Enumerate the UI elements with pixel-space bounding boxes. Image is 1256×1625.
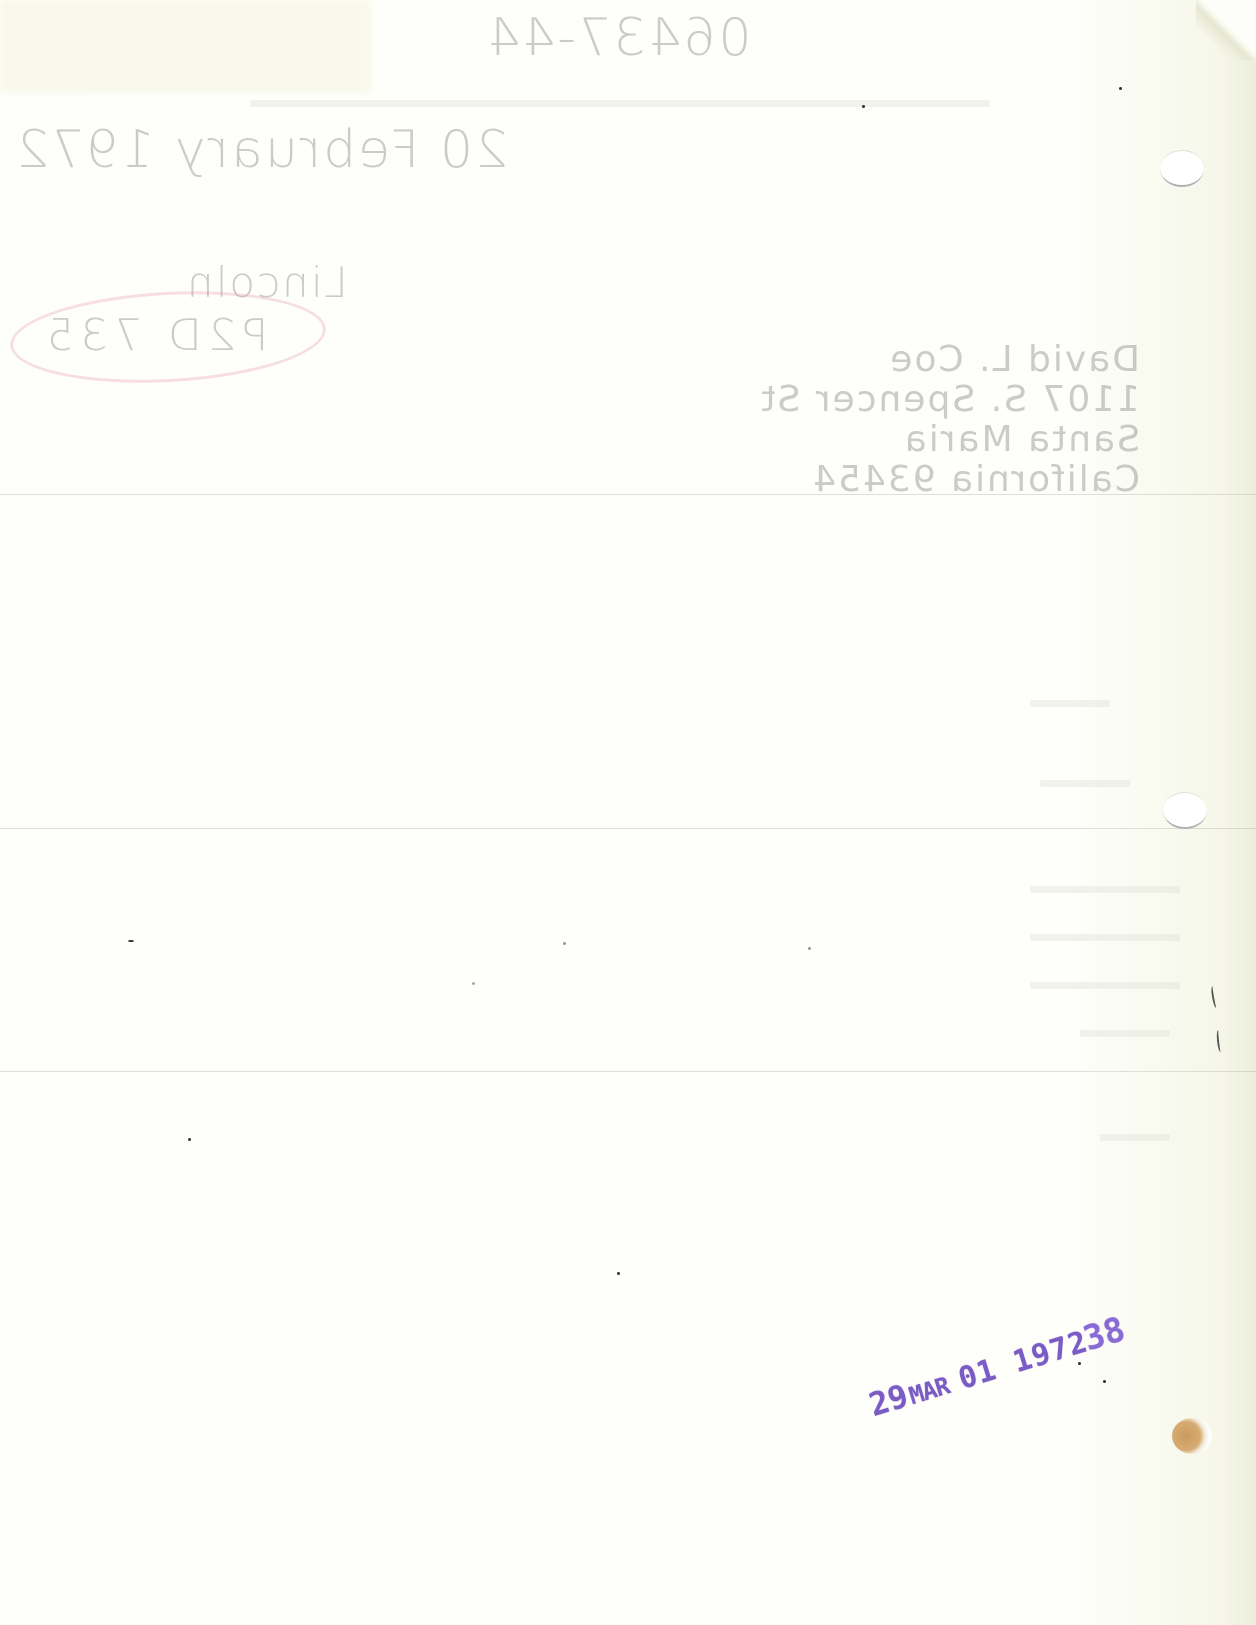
speck <box>188 1138 191 1141</box>
address-line: Santa Maria <box>690 420 1140 460</box>
speck <box>1119 87 1122 90</box>
rusted-punch-hole <box>1172 1418 1212 1454</box>
staple-mark <box>1210 986 1219 1009</box>
speck <box>472 982 475 985</box>
address-showthrough: David L. Coe 1107 S. Spencer St Santa Ma… <box>690 340 1140 500</box>
ghost-form-row <box>1030 700 1110 707</box>
staple-mark <box>1216 1030 1223 1052</box>
fold-line <box>0 1071 1256 1072</box>
speck <box>617 1272 620 1275</box>
ghost-form-row <box>1030 982 1180 989</box>
fold-line <box>0 828 1256 829</box>
circled-code-showthrough: P2D 735 <box>40 310 268 361</box>
speck <box>128 940 134 942</box>
ghost-form-row <box>1030 886 1180 893</box>
address-line: California 93454 <box>690 460 1140 500</box>
stamp-month: MAR <box>906 1372 953 1411</box>
stamp-year: 01 1972 <box>954 1324 1092 1396</box>
address-line: 1107 S. Spencer St <box>690 380 1140 420</box>
speck <box>563 942 566 945</box>
speck <box>808 947 811 950</box>
ghost-form-row <box>1030 934 1180 941</box>
ghost-form-row <box>1100 1134 1170 1141</box>
document-page: 06437-44 20 February 1972 Lincoln P2D 73… <box>0 0 1256 1625</box>
ghost-form-row <box>1040 780 1130 787</box>
speck <box>1103 1380 1106 1383</box>
speck <box>1078 1362 1081 1365</box>
folded-corner <box>1196 0 1256 60</box>
reference-number-showthrough: 06437-44 <box>485 8 751 68</box>
ghost-form-row <box>1080 1030 1170 1037</box>
ghost-form-row <box>250 100 990 107</box>
date-showthrough: 20 February 1972 <box>14 120 508 180</box>
speck <box>862 105 865 108</box>
date-stamp: 29MAR01 197238 <box>864 1309 1129 1425</box>
address-line: David L. Coe <box>690 340 1140 380</box>
punch-hole <box>1163 792 1207 829</box>
punch-hole <box>1160 150 1204 187</box>
paper-discoloration <box>0 0 370 92</box>
